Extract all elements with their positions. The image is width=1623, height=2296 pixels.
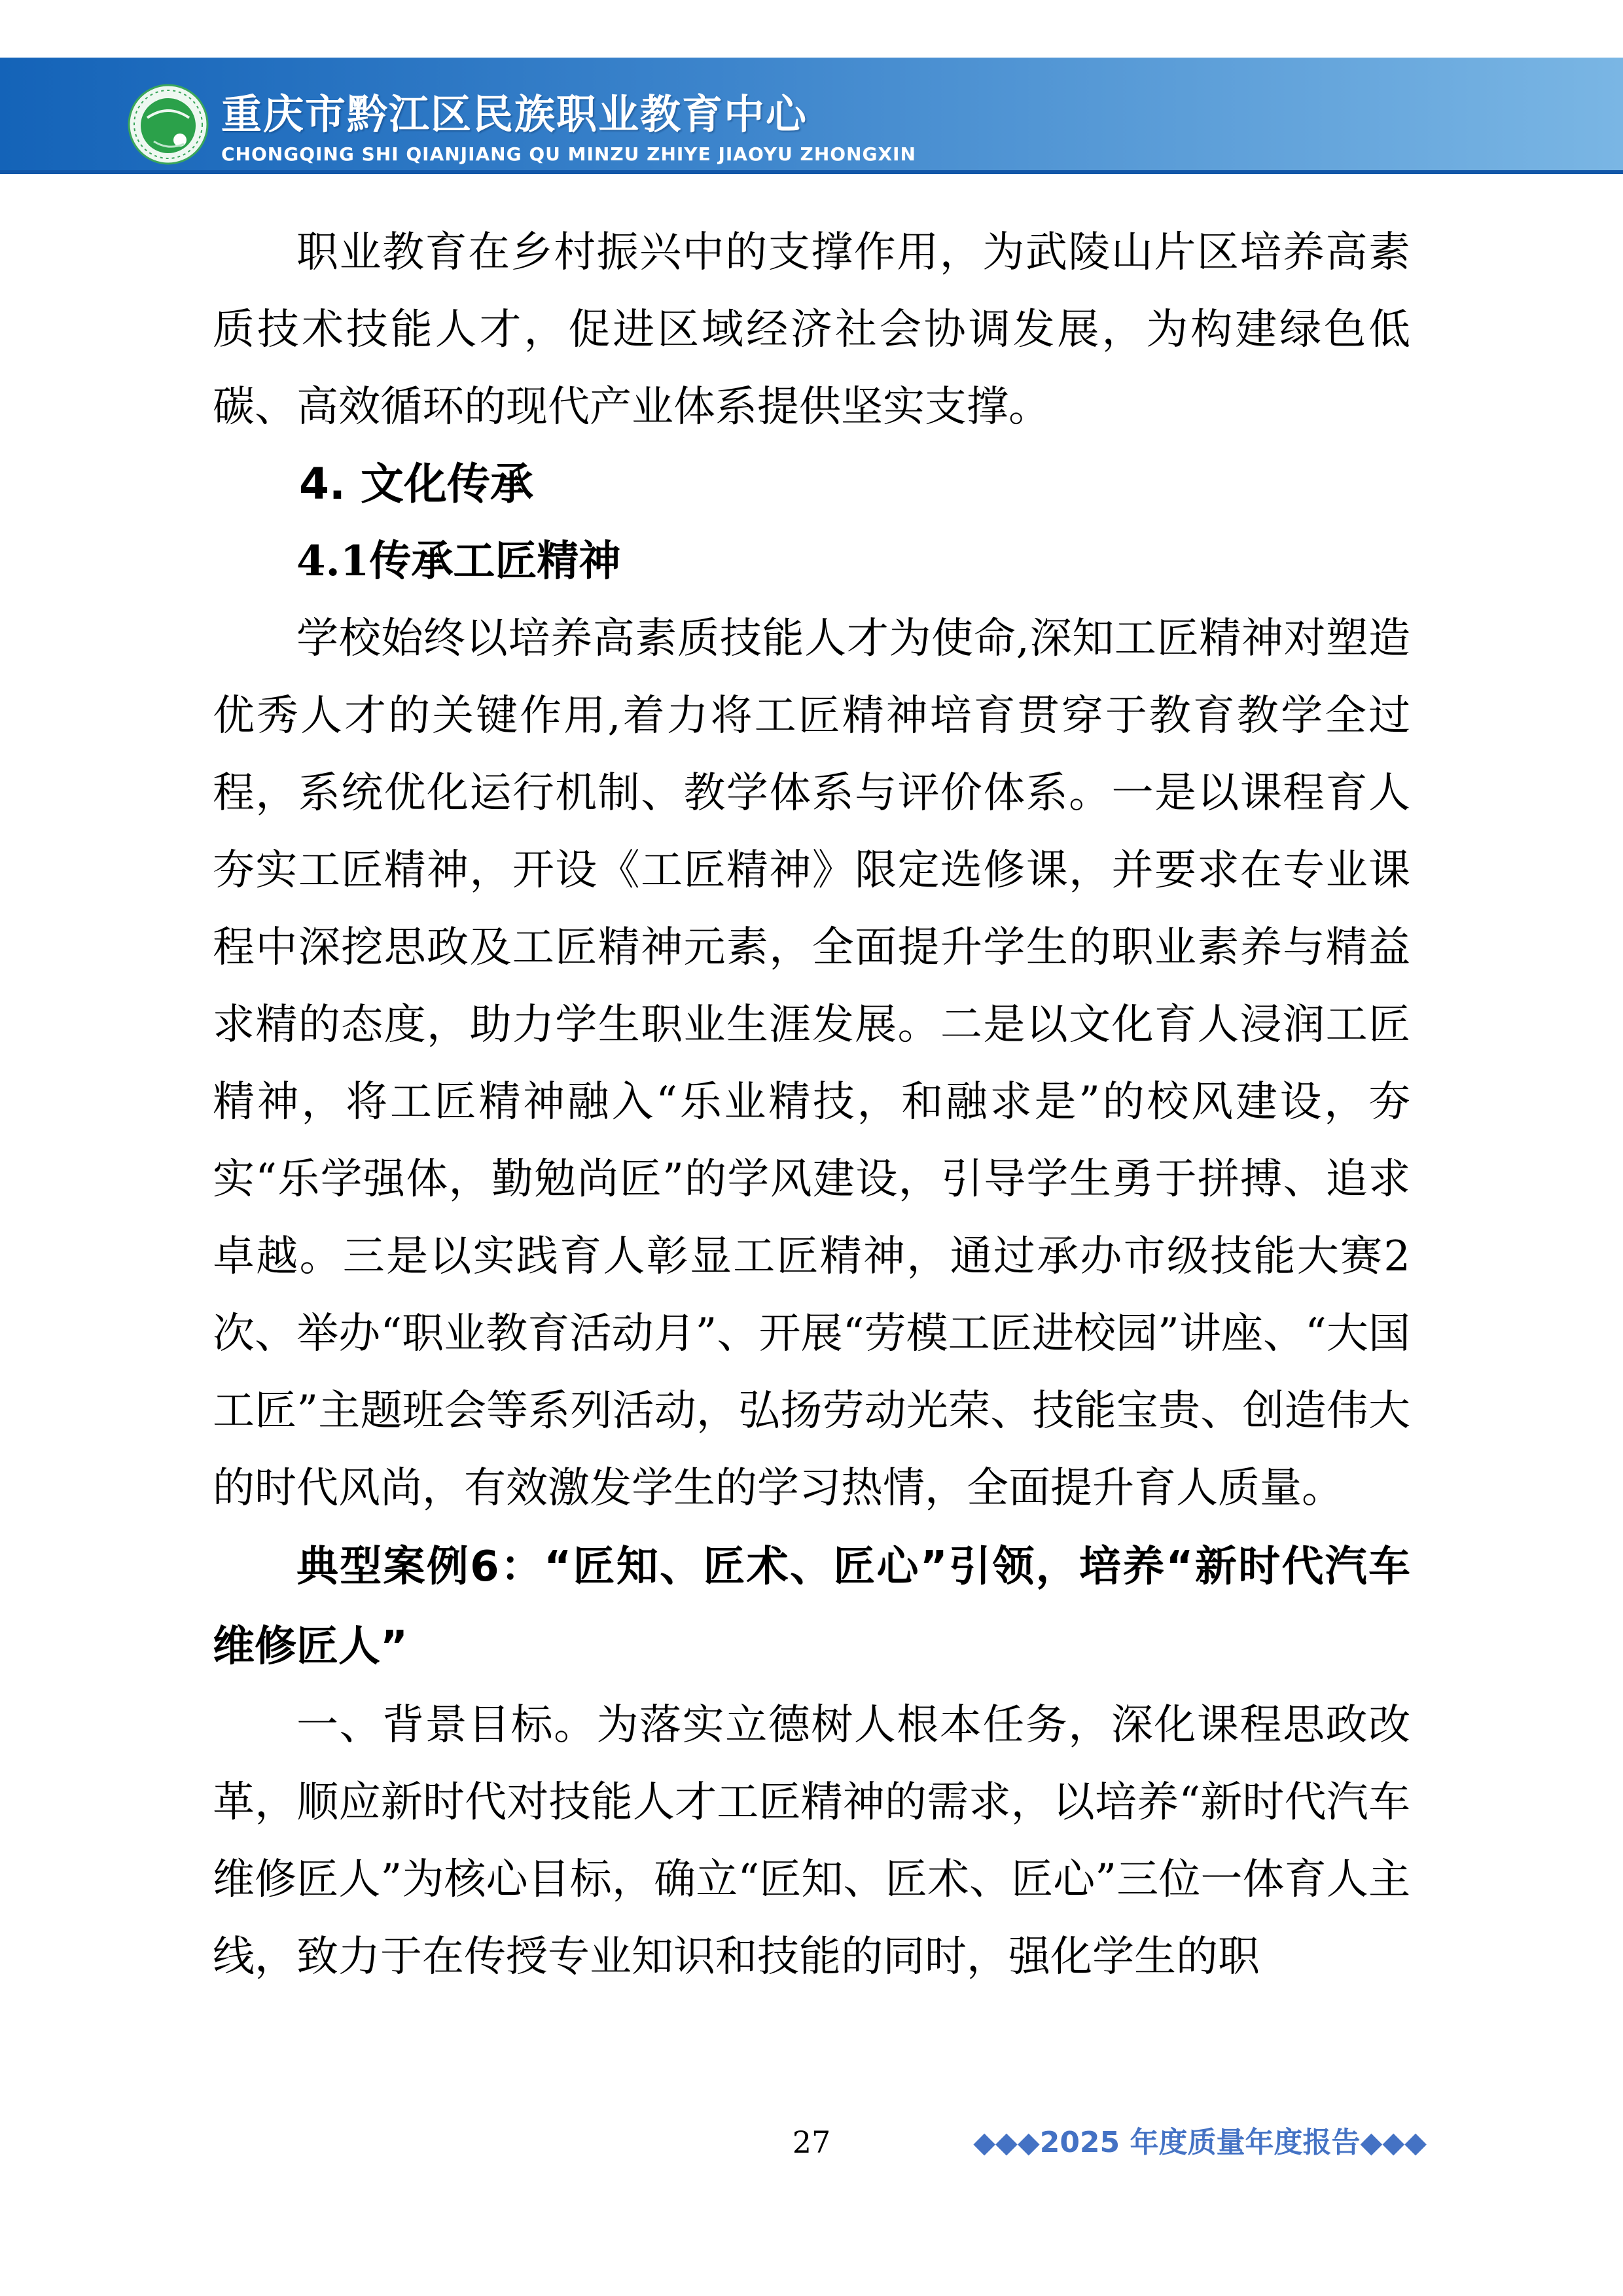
- paragraph-support-role: 职业教育在乡村振兴中的支撑作用，为武陵山片区培养高素质技术技能人才，促进区域经济…: [213, 214, 1410, 446]
- school-name-pinyin: CHONGQING SHI QIANJIANG QU MINZU ZHIYE J…: [221, 145, 916, 164]
- document-page: 重庆市黔江区民族职业教育中心 CHONGQING SHI QIANJIANG Q…: [0, 0, 1623, 2296]
- page-content: 职业教育在乡村振兴中的支撑作用，为武陵山片区培养高素质技术技能人才，促进区域经济…: [213, 214, 1410, 1996]
- paragraph-background-goal: 一、背景目标。为落实立德树人根本任务，深化课程思政改革，顺应新时代对技能人才工匠…: [213, 1687, 1410, 1996]
- school-name: 重庆市黔江区民族职业教育中心: [221, 94, 916, 135]
- header-text-block: 重庆市黔江区民族职业教育中心 CHONGQING SHI QIANJIANG Q…: [221, 94, 916, 164]
- header-band: 重庆市黔江区民族职业教育中心 CHONGQING SHI QIANJIANG Q…: [0, 58, 1623, 174]
- subsection-heading-craftsman-spirit: 4.1传承工匠精神: [213, 523, 1410, 600]
- footer-report-label: ◆◆◆2025 年度质量年度报告◆◆◆: [973, 2125, 1427, 2161]
- section-heading-culture: 4. 文化传承: [213, 446, 1410, 523]
- paragraph-craftsman-spirit: 学校始终以培养高素质技能人才为使命,深知工匠精神对塑造优秀人才的关键作用,着力将…: [213, 600, 1410, 1527]
- school-emblem-icon: [128, 84, 209, 165]
- case-study-heading: 典型案例6：“匠知、匠术、匠心”引领，培养“新时代汽车维修匠人”: [213, 1527, 1410, 1687]
